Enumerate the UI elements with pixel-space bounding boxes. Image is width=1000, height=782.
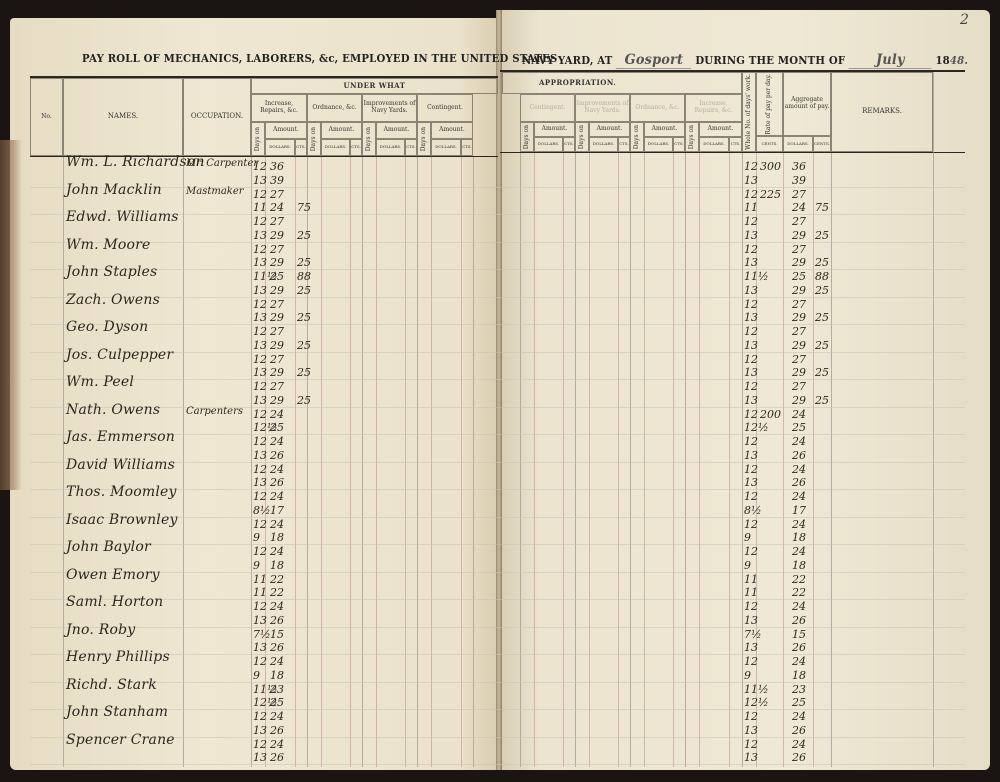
cell-whole-days: 12 — [744, 463, 758, 476]
cell-agg-dollars: 25 — [792, 421, 806, 434]
cell-name: Jos. Culpepper — [66, 347, 173, 363]
cell-whole-days: 12 — [744, 545, 758, 558]
cell-whole-days: 13 — [744, 256, 758, 269]
cell-dollars: 18 — [270, 531, 284, 544]
cell-days: 12 — [253, 463, 267, 476]
cell-agg-dollars: 26 — [792, 449, 806, 462]
cell-agg-dollars: 39 — [792, 174, 806, 187]
cell-agg-dollars: 27 — [792, 325, 806, 338]
cell-days: 13 — [253, 751, 267, 764]
cell-name: Spencer Crane — [66, 732, 175, 748]
cell-dollars: 18 — [270, 559, 284, 572]
cell-dollars: 27 — [270, 243, 284, 256]
cell-days: 9 — [253, 669, 260, 682]
cell-agg-dollars: 24 — [792, 655, 806, 668]
cell-agg-dollars: 29 — [792, 394, 806, 407]
cell-agg-cents: 25 — [815, 256, 829, 269]
cell-name: David Williams — [66, 457, 175, 473]
header-group-improvements: Improvements of Navy Yards. — [362, 94, 417, 122]
header-group-ordnance-mirror: Ordnance, &c. — [630, 94, 685, 122]
cell-whole-days: 13 — [744, 174, 758, 187]
header-amount-2: Amount. — [321, 122, 362, 139]
year-prefix: 18 — [935, 54, 949, 67]
cell-agg-dollars: 17 — [792, 504, 806, 517]
header-cts-5: CTS. — [563, 137, 575, 152]
cell-dollars: 22 — [270, 586, 284, 599]
cell-whole-days: 12 — [744, 655, 758, 668]
cell-days: 9 — [253, 531, 260, 544]
cell-whole-days: 9 — [744, 531, 751, 544]
cell-name: John Stanham — [66, 704, 168, 720]
cell-whole-days: 13 — [744, 476, 758, 489]
header-group-increase-mirror: Increase, Repairs, &c. — [685, 94, 742, 122]
cell-whole-days: 13 — [744, 284, 758, 297]
cell-dollars: 24 — [270, 408, 284, 421]
header-days-on-3: Days on — [362, 122, 376, 156]
header-rate-of-pay: Rate of pay per day. — [756, 72, 783, 136]
cell-dollars: 27 — [270, 325, 284, 338]
cell-rate: 200 — [760, 408, 781, 421]
cell-agg-cents: 75 — [815, 201, 829, 214]
cell-dollars: 26 — [270, 476, 284, 489]
cell-agg-dollars: 36 — [792, 160, 806, 173]
cell-name: Jas. Emmerson — [66, 429, 175, 445]
cell-agg-dollars: 26 — [792, 751, 806, 764]
cell-dollars: 26 — [270, 724, 284, 737]
cell-dollars: 39 — [270, 174, 284, 187]
cell-whole-days: 12½ — [744, 696, 769, 709]
cell-dollars: 17 — [270, 504, 284, 517]
header-agg-cents: CENTS. — [813, 136, 831, 152]
cell-occupation: Mastmaker — [186, 186, 244, 197]
cell-agg-dollars: 18 — [792, 559, 806, 572]
cell-name: Saml. Horton — [66, 594, 163, 610]
cell-days: 12 — [253, 518, 267, 531]
cell-name: Geo. Dyson — [66, 319, 148, 335]
cell-agg-dollars: 29 — [792, 284, 806, 297]
cell-dollars: 27 — [270, 215, 284, 228]
cell-dollars: 29 — [270, 284, 284, 297]
cell-dollars: 29 — [270, 229, 284, 242]
cell-dollars: 24 — [270, 545, 284, 558]
cell-whole-days: 7½ — [744, 628, 762, 641]
header-dollars-8: DOLLARS. — [699, 137, 729, 152]
cell-days: 12 — [253, 188, 267, 201]
header-group-ordnance: Ordnance, &c. — [307, 94, 362, 122]
header-amount-7: Amount. — [644, 122, 685, 137]
header-dollars-3: DOLLARS. — [376, 139, 405, 156]
cell-dollars: 29 — [270, 311, 284, 324]
header-amount-3: Amount. — [376, 122, 417, 139]
cell-rate: 300 — [760, 160, 781, 173]
header-dollars-2: DOLLARS. — [321, 139, 350, 156]
cell-whole-days: 11 — [744, 586, 758, 599]
cell-dollars: 29 — [270, 339, 284, 352]
title-left: PAY ROLL OF MECHANICS, LABORERS, &c, EMP… — [82, 52, 557, 65]
cell-name: Wm. Peel — [66, 374, 134, 390]
cell-whole-days: 12 — [744, 188, 758, 201]
cell-agg-cents: 88 — [815, 270, 829, 283]
header-amount-8: Amount. — [699, 122, 742, 137]
cell-name: Richd. Stark — [66, 677, 157, 693]
cell-agg-dollars: 26 — [792, 641, 806, 654]
cell-agg-dollars: 22 — [792, 573, 806, 586]
cell-whole-days: 12 — [744, 518, 758, 531]
cell-agg-dollars: 24 — [792, 545, 806, 558]
cell-occupation: Carpenters — [186, 406, 243, 417]
cell-name: Jno. Roby — [66, 622, 135, 638]
header-cts-4: CTS. — [461, 139, 473, 156]
page-number: 2 — [960, 12, 969, 28]
cell-whole-days: 13 — [744, 339, 758, 352]
cell-whole-days: 13 — [744, 311, 758, 324]
header-appropriation: APPROPRIATION. — [502, 72, 742, 94]
cell-whole-days: 13 — [744, 229, 758, 242]
cell-name: Zach. Owens — [66, 292, 160, 308]
cell-whole-days: 8½ — [744, 504, 762, 517]
cell-days: 12 — [253, 298, 267, 311]
cell-agg-dollars: 24 — [792, 710, 806, 723]
cell-agg-dollars: 29 — [792, 311, 806, 324]
cell-whole-days: 12 — [744, 243, 758, 256]
cell-days: 13 — [253, 174, 267, 187]
cell-dollars: 25 — [270, 421, 284, 434]
header-cts-2: CTS. — [350, 139, 362, 156]
cell-whole-days: 11½ — [744, 683, 769, 696]
cell-whole-days: 13 — [744, 366, 758, 379]
cell-days: 13 — [253, 724, 267, 737]
cell-rate: 225 — [760, 188, 781, 201]
header-days-on-2: Days on — [307, 122, 321, 156]
cell-name: Owen Emory — [66, 567, 160, 583]
cell-agg-dollars: 24 — [792, 490, 806, 503]
cell-whole-days: 13 — [744, 614, 758, 627]
table-row: 13261326 — [0, 751, 1000, 771]
cell-dollars: 27 — [270, 298, 284, 311]
cell-agg-dollars: 26 — [792, 614, 806, 627]
cell-agg-dollars: 24 — [792, 435, 806, 448]
cell-dollars: 29 — [270, 366, 284, 379]
cell-cents: 25 — [297, 311, 311, 324]
cell-dollars: 24 — [270, 738, 284, 751]
cell-agg-dollars: 27 — [792, 188, 806, 201]
cell-agg-dollars: 29 — [792, 339, 806, 352]
cell-whole-days: 13 — [744, 449, 758, 462]
cell-agg-dollars: 27 — [792, 215, 806, 228]
cell-days: 13 — [253, 449, 267, 462]
cell-agg-dollars: 24 — [792, 738, 806, 751]
header-dollars-6: DOLLARS. — [589, 137, 618, 152]
cell-agg-dollars: 24 — [792, 600, 806, 613]
cell-agg-dollars: 29 — [792, 366, 806, 379]
cell-agg-cents: 25 — [815, 284, 829, 297]
cell-dollars: 18 — [270, 669, 284, 682]
cell-agg-dollars: 25 — [792, 696, 806, 709]
cell-whole-days: 12 — [744, 353, 758, 366]
cell-dollars: 25 — [270, 270, 284, 283]
cell-days: 13 — [253, 476, 267, 489]
cell-dollars: 26 — [270, 449, 284, 462]
header-days-on-8: Days on — [685, 122, 699, 152]
header-days-on-7: Days on — [630, 122, 644, 152]
cell-cents: 25 — [297, 284, 311, 297]
cell-dollars: 24 — [270, 435, 284, 448]
cell-days: 7½ — [253, 628, 271, 641]
cell-whole-days: 12 — [744, 490, 758, 503]
cell-agg-dollars: 26 — [792, 724, 806, 737]
header-days-on-4: Days on — [417, 122, 431, 156]
cell-days: 12 — [253, 545, 267, 558]
cell-dollars: 24 — [270, 201, 284, 214]
cell-dollars: 26 — [270, 751, 284, 764]
cell-whole-days: 9 — [744, 669, 751, 682]
cell-dollars: 22 — [270, 573, 284, 586]
header-amount-4: Amount. — [431, 122, 473, 139]
cell-dollars: 24 — [270, 600, 284, 613]
cell-dollars: 27 — [270, 188, 284, 201]
cell-agg-dollars: 27 — [792, 353, 806, 366]
cell-whole-days: 12 — [744, 325, 758, 338]
header-dollars-7: DOLLARS. — [644, 137, 673, 152]
row-rule — [30, 764, 965, 765]
cell-agg-dollars: 24 — [792, 463, 806, 476]
cell-agg-dollars: 29 — [792, 229, 806, 242]
cell-cents: 25 — [297, 366, 311, 379]
header-days-on-1: Days on — [251, 122, 265, 156]
cell-days: 13 — [253, 614, 267, 627]
cell-agg-dollars: 18 — [792, 669, 806, 682]
cell-name: Thos. Moomley — [66, 484, 177, 500]
header-cts-1: CTS. — [295, 139, 307, 156]
cell-dollars: 36 — [270, 160, 284, 173]
cell-agg-cents: 25 — [815, 394, 829, 407]
cell-agg-dollars: 15 — [792, 628, 806, 641]
cell-days: 13 — [253, 256, 267, 269]
header-group-improvements-mirror: Improvements of Navy Yards. — [575, 94, 630, 122]
cell-days: 11 — [253, 201, 267, 214]
cell-agg-dollars: 29 — [792, 256, 806, 269]
cell-dollars: 29 — [270, 256, 284, 269]
cell-days: 12 — [253, 435, 267, 448]
header-under-what: UNDER WHAT — [251, 78, 498, 94]
cell-whole-days: 12 — [744, 160, 758, 173]
header-agg-dollars: DOLLARS. — [783, 136, 813, 152]
cell-dollars: 24 — [270, 655, 284, 668]
header-cts-8: CTS. — [729, 137, 742, 152]
cell-whole-days: 12 — [744, 738, 758, 751]
cell-agg-dollars: 27 — [792, 380, 806, 393]
cell-name: John Staples — [66, 264, 157, 280]
cell-days: 13 — [253, 366, 267, 379]
header-dollars-5: DOLLARS. — [534, 137, 563, 152]
cell-whole-days: 13 — [744, 751, 758, 764]
cell-agg-dollars: 24 — [792, 408, 806, 421]
cell-dollars: 24 — [270, 490, 284, 503]
cell-agg-cents: 25 — [815, 229, 829, 242]
cell-cents: 25 — [297, 229, 311, 242]
cell-dollars: 26 — [270, 614, 284, 627]
cell-agg-cents: 25 — [815, 311, 829, 324]
cell-cents: 25 — [297, 256, 311, 269]
cell-days: 13 — [253, 311, 267, 324]
cell-days: 12 — [253, 655, 267, 668]
cell-days: 12 — [253, 215, 267, 228]
cell-whole-days: 11 — [744, 201, 758, 214]
month: July — [849, 52, 932, 69]
header-days-on-5: Days on — [520, 122, 534, 152]
cell-dollars: 24 — [270, 518, 284, 531]
cell-days: 12 — [253, 243, 267, 256]
cell-agg-cents: 25 — [815, 339, 829, 352]
header-occupation: OCCUPATION. — [183, 78, 251, 156]
header-dollars-1: DOLLARS. — [265, 139, 295, 156]
cell-dollars: 27 — [270, 380, 284, 393]
year: 48. — [950, 54, 968, 67]
cell-days: 12 — [253, 490, 267, 503]
header-group-increase: Increase, Repairs, &c. — [251, 94, 307, 122]
cell-name: Nath. Owens — [66, 402, 160, 418]
cell-days: 12 — [253, 408, 267, 421]
cell-whole-days: 11 — [744, 573, 758, 586]
title-right-prefix: NAVY YARD, AT — [522, 54, 612, 67]
cell-cents: 88 — [297, 270, 311, 283]
header-amount-1: Amount. — [265, 122, 307, 139]
yard-location: Gosport — [616, 52, 691, 69]
cell-name: Henry Phillips — [66, 649, 170, 665]
title-right-mid: DURING THE MONTH OF — [695, 54, 845, 67]
cell-days: 13 — [253, 339, 267, 352]
header-cts-3: CTS. — [405, 139, 417, 156]
cell-days: 12 — [253, 600, 267, 613]
cell-whole-days: 12 — [744, 298, 758, 311]
cell-name: John Macklin — [66, 182, 162, 198]
cell-whole-days: 12 — [744, 215, 758, 228]
cell-agg-dollars: 25 — [792, 270, 806, 283]
cell-agg-dollars: 26 — [792, 476, 806, 489]
cell-whole-days: 12½ — [744, 421, 769, 434]
header-remarks: REMARKS. — [831, 72, 933, 152]
header-aggregate: Aggregate amount of pay. — [783, 72, 831, 136]
header-rate-cents: CENTS. — [756, 136, 783, 152]
cell-whole-days: 9 — [744, 559, 751, 572]
header-cts-7: CTS. — [673, 137, 685, 152]
cell-whole-days: 12 — [744, 600, 758, 613]
header-amount-6: Amount. — [589, 122, 630, 137]
header-days-on-6: Days on — [575, 122, 589, 152]
cell-dollars: 26 — [270, 641, 284, 654]
cell-days: 13 — [253, 284, 267, 297]
cell-cents: 75 — [297, 201, 311, 214]
cell-whole-days: 13 — [744, 724, 758, 737]
cell-days: 13 — [253, 641, 267, 654]
cell-cents: 25 — [297, 394, 311, 407]
cell-days: 13 — [253, 394, 267, 407]
cell-agg-dollars: 22 — [792, 586, 806, 599]
cell-cents: 25 — [297, 339, 311, 352]
cell-name: Wm. L. Richardson — [66, 154, 205, 170]
cell-days: 12 — [253, 325, 267, 338]
header-dollars-4: DOLLARS. — [431, 139, 461, 156]
cell-days: 8½ — [253, 504, 271, 517]
cell-agg-cents: 25 — [815, 366, 829, 379]
cell-dollars: 29 — [270, 394, 284, 407]
cell-dollars: 15 — [270, 628, 284, 641]
cell-whole-days: 13 — [744, 641, 758, 654]
cell-name: John Baylor — [66, 539, 151, 555]
cell-name: Wm. Moore — [66, 237, 151, 253]
cell-agg-dollars: 23 — [792, 683, 806, 696]
cell-whole-days: 12 — [744, 710, 758, 723]
cell-days: 12 — [253, 353, 267, 366]
cell-days: 11 — [253, 573, 267, 586]
header-no: No. — [30, 78, 63, 156]
cell-whole-days: 12 — [744, 435, 758, 448]
cell-days: 12 — [253, 160, 267, 173]
cell-dollars: 24 — [270, 710, 284, 723]
title-right: NAVY YARD, AT Gosport DURING THE MONTH O… — [522, 52, 968, 69]
cell-dollars: 27 — [270, 353, 284, 366]
cell-days: 9 — [253, 559, 260, 572]
cell-whole-days: 12 — [744, 380, 758, 393]
cell-agg-dollars: 24 — [792, 518, 806, 531]
cell-days: 12 — [253, 380, 267, 393]
cell-agg-dollars: 18 — [792, 531, 806, 544]
cell-dollars: 24 — [270, 463, 284, 476]
cell-agg-dollars: 27 — [792, 243, 806, 256]
cell-name: Isaac Brownley — [66, 512, 178, 528]
cell-days: 13 — [253, 229, 267, 242]
header-whole-days: Whole No. of days' work. — [742, 72, 756, 152]
cell-name: Edwd. Williams — [66, 209, 179, 225]
cell-agg-dollars: 27 — [792, 298, 806, 311]
header-amount-5: Amount. — [534, 122, 575, 137]
cell-dollars: 25 — [270, 696, 284, 709]
cell-occupation: Mr. Carpenter — [186, 158, 258, 169]
cell-days: 11 — [253, 586, 267, 599]
cell-whole-days: 13 — [744, 394, 758, 407]
cell-dollars: 23 — [270, 683, 284, 696]
header-names: NAMES. — [63, 78, 183, 156]
cell-days: 12 — [253, 710, 267, 723]
cell-days: 12 — [253, 738, 267, 751]
cell-whole-days: 11½ — [744, 270, 769, 283]
header-cts-6: CTS. — [618, 137, 630, 152]
header-group-contingent-mirror: Contingent. — [520, 94, 575, 122]
header-group-contingent: Contingent. — [417, 94, 473, 122]
header-bottom-rule-right — [500, 152, 965, 153]
cell-whole-days: 12 — [744, 408, 758, 421]
cell-agg-dollars: 24 — [792, 201, 806, 214]
